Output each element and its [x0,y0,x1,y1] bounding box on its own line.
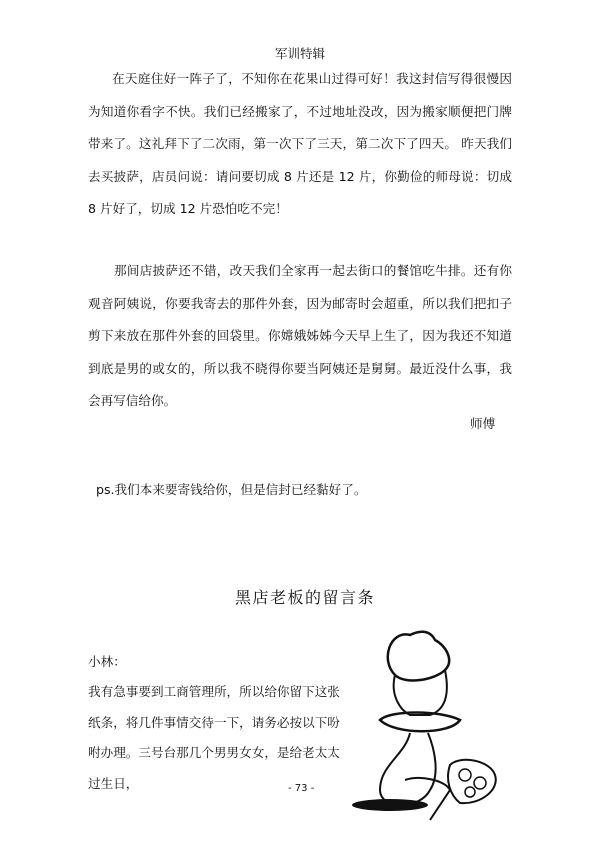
duck-illustration-icon [350,615,510,825]
letter-ps: ps.我们本来要寄钱给你，但是信封已经黏好了。 [96,479,366,498]
letter-paragraph-1: 在天庭住好一阵子了，不知你在花果山过得可好！我这封信写得很慢因为知道你看字不快。… [88,63,512,226]
letter-signature: 师傅 [470,413,495,432]
note-salutation: 小林： [88,647,343,678]
page-number: - 73 - [288,783,314,794]
letter-paragraph-2: 那间店披萨还不错，改天我们全家再一起去街口的餐馆吃牛排。还有你观音阿姨说，你要我… [88,255,512,418]
note-title: 黑店老板的留言条 [235,585,375,608]
section-title: 军训特辑 [0,44,600,62]
note-body: 我有急事要到工商管理所，所以给你留下这张纸条，将几件事情交待一下，请务必按以下吩… [88,677,343,799]
